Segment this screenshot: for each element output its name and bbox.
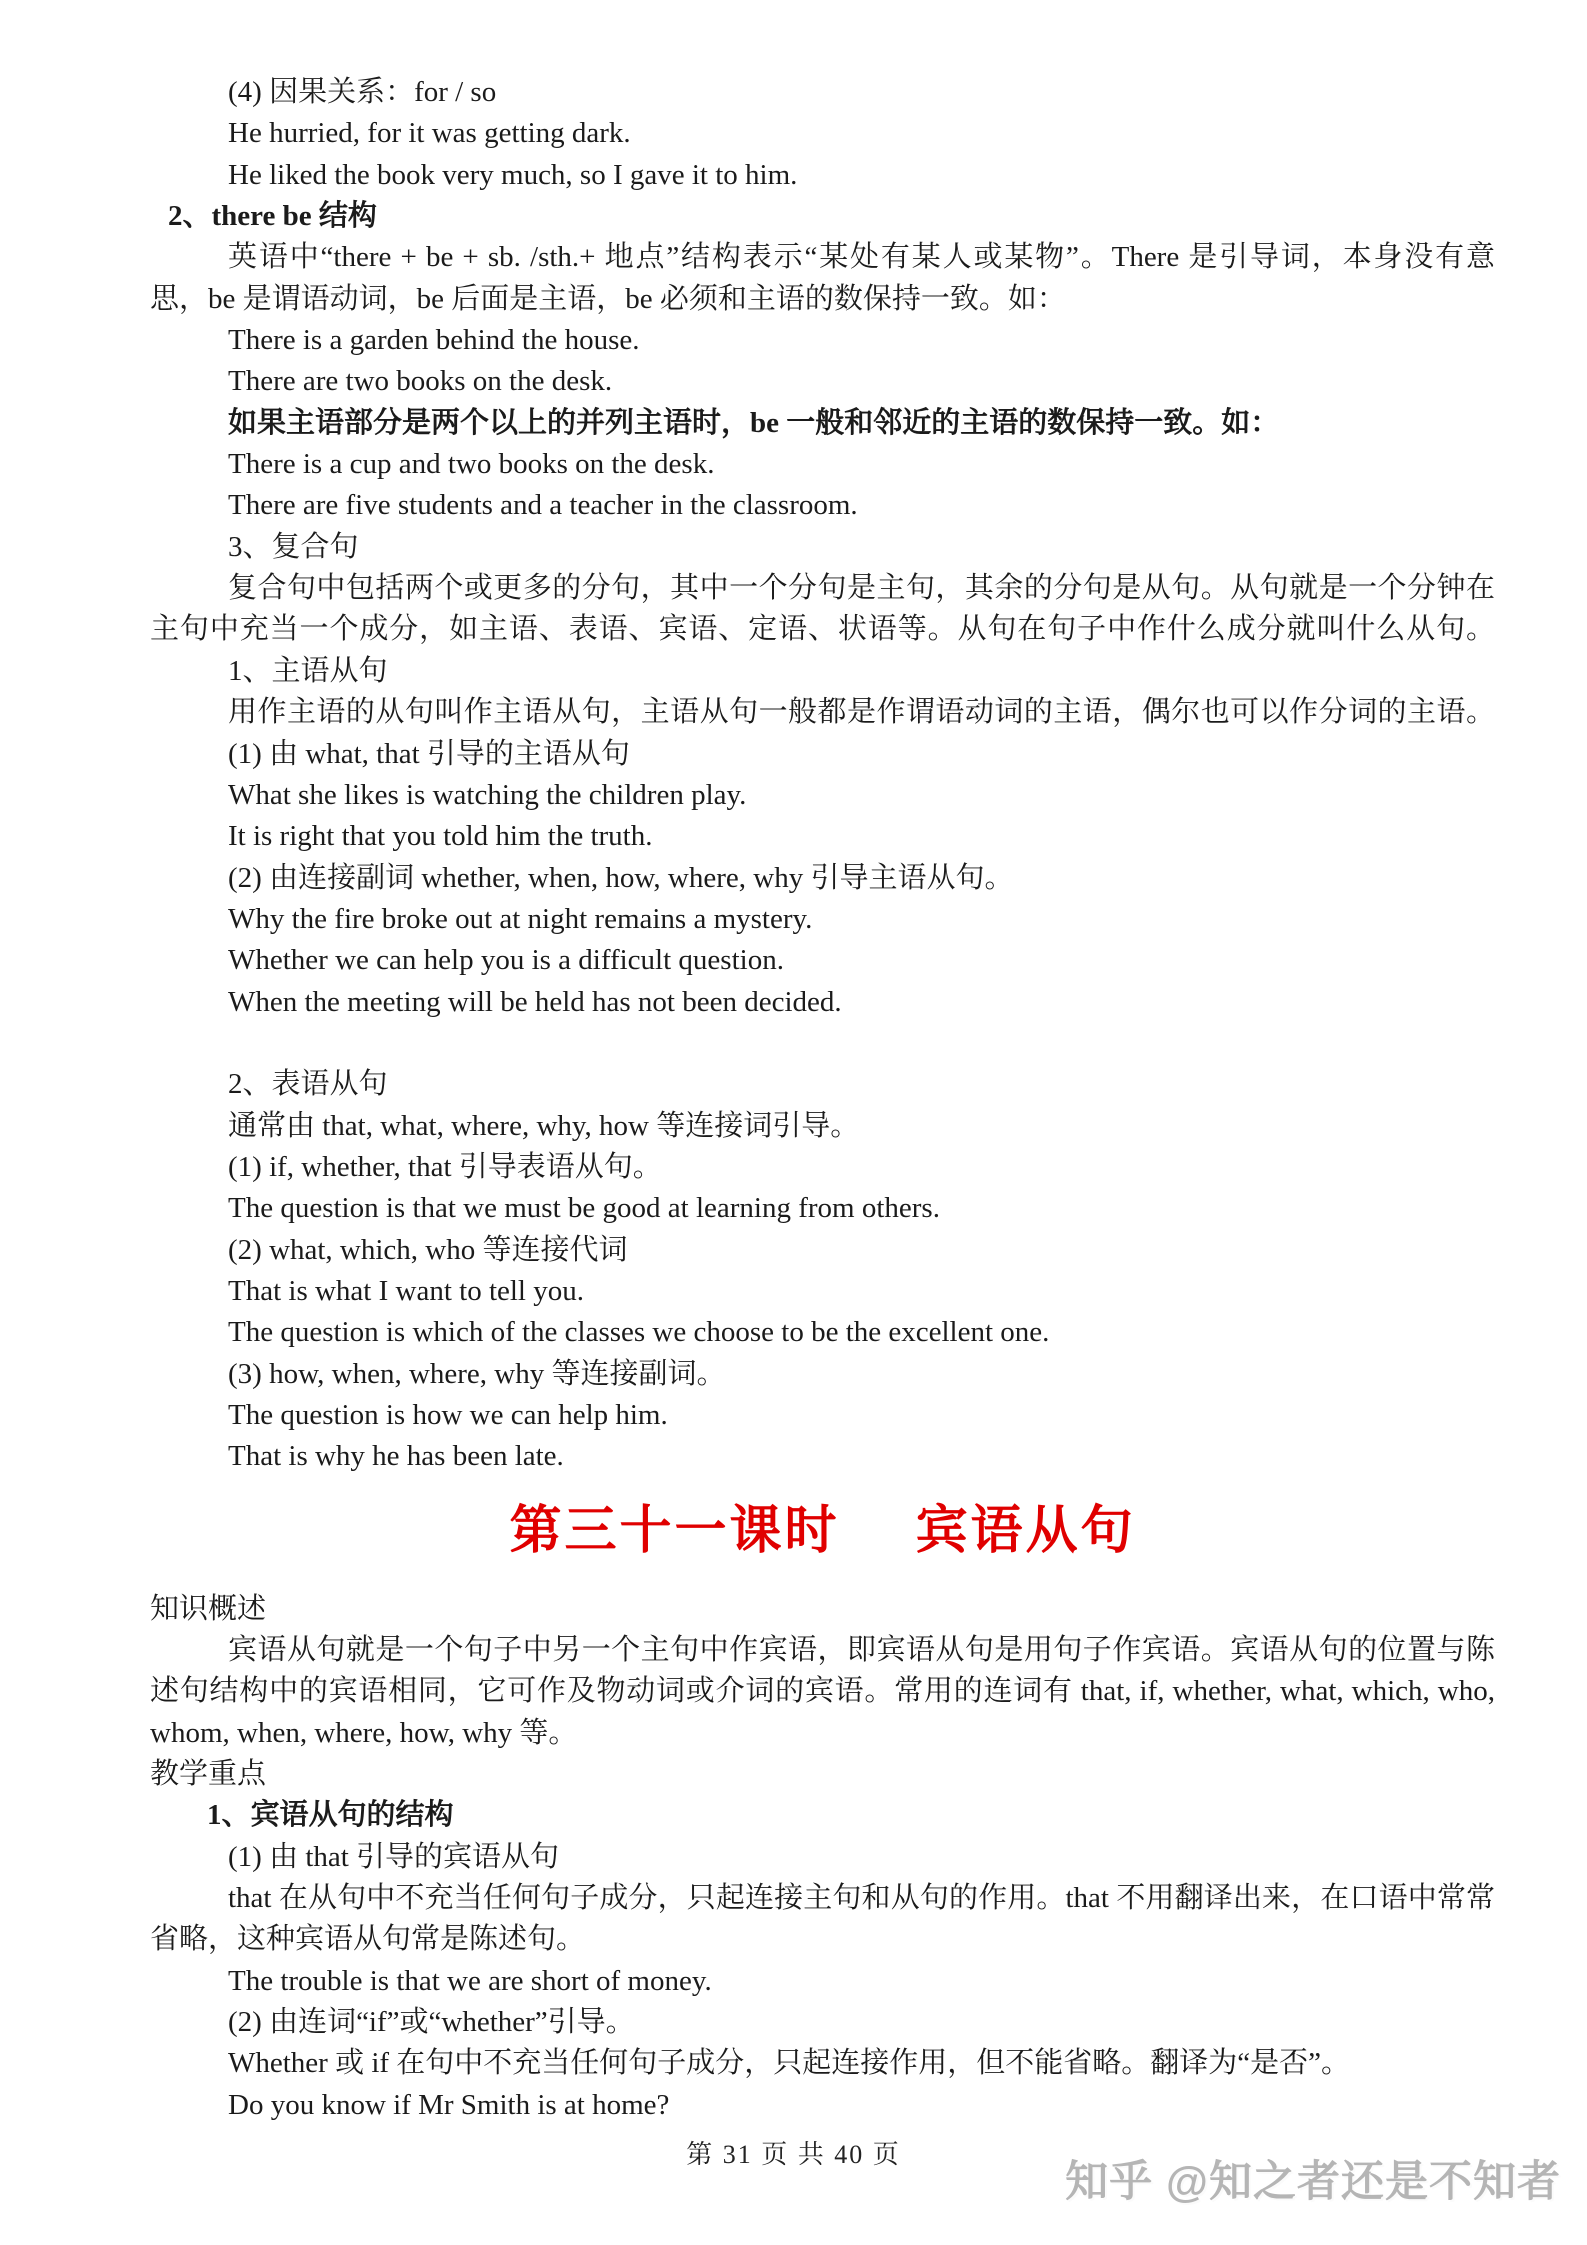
text-line: 教学重点 [150,1754,1495,1795]
lesson-subject: 宾语从句 [916,1503,1136,1560]
lesson-title: 第三十一课时宾语从句 [150,1496,1495,1568]
document-content: (4) 因果关系：for / soHe hurried, for it was … [150,72,1495,2126]
text-line: Why the fire broke out at night remains … [150,899,1495,940]
blank-line [150,1023,1495,1064]
text-line: 1、主语从句 [150,651,1495,692]
lines-top-section: (4) 因果关系：for / soHe hurried, for it was … [150,72,1495,1478]
text-line: (1) 由 what, that 引导的主语从句 [150,734,1495,775]
text-line: that 在从句中不充当任何句子成分，只起连接主句和从句的作用。that 不用翻… [150,1878,1495,1919]
text-line: There is a cup and two books on the desk… [150,444,1495,485]
text-line: 1、宾语从句的结构 [150,1795,1495,1836]
page-indicator: 第 31 页 共 40 页 [686,2140,901,2169]
text-line: 思，be 是谓语动词，be 后面是主语，be 必须和主语的数保持一致。如： [150,279,1495,320]
text-line: (1) if, whether, that 引导表语从句。 [150,1147,1495,1188]
text-line: (1) 由 that 引导的宾语从句 [150,1837,1495,1878]
text-line: (3) how, when, where, why 等连接副词。 [150,1354,1495,1395]
watermark: 知乎 @知之者还是不知者 [1065,2148,1561,2209]
text-line: Whether 或 if 在句中不充当任何句子成分，只起连接作用，但不能省略。翻… [150,2043,1495,2084]
lines-bottom-section: 知识概述宾语从句就是一个句子中另一个主句中作宾语，即宾语从句是用句子作宾语。宾语… [150,1589,1495,2126]
text-line: whom, when, where, how, why 等。 [150,1713,1495,1754]
text-line: What she likes is watching the children … [150,775,1495,816]
text-line: He liked the book very much, so I gave i… [150,155,1495,196]
text-line: 复合句中包括两个或更多的分句，其中一个分句是主句，其余的分句是从句。从句就是一个… [150,568,1495,609]
text-line: (4) 因果关系：for / so [150,72,1495,113]
text-line: When the meeting will be held has not be… [150,982,1495,1023]
text-line: The question is how we can help him. [150,1395,1495,1436]
text-line: 用作主语的从句叫作主语从句，主语从句一般都是作谓语动词的主语，偶尔也可以作分词的… [150,692,1495,733]
text-line: The trouble is that we are short of mone… [150,1961,1495,2002]
text-line: 述句结构中的宾语相同，它可作及物动词或介词的宾语。常用的连词有 that, if… [150,1671,1495,1712]
text-line: It is right that you told him the truth. [150,816,1495,857]
text-line: 主句中充当一个成分，如主语、表语、宾语、定语、状语等。从句在句子中作什么成分就叫… [150,609,1495,650]
watermark-text: 知乎 @知之者还是不知者 [1065,2158,1561,2206]
text-line: 英语中“there + be + sb. /sth.+ 地点”结构表示“某处有某… [150,237,1495,278]
text-line: (2) 由连词“if”或“whether”引导。 [150,2002,1495,2043]
lesson-number: 第三十一课时 [509,1503,839,1560]
text-line: The question is which of the classes we … [150,1312,1495,1353]
text-line: There are five students and a teacher in… [150,485,1495,526]
text-line: Do you know if Mr Smith is at home? [150,2085,1495,2126]
text-line: 3、复合句 [150,527,1495,568]
text-line: (2) what, which, who 等连接代词 [150,1230,1495,1271]
text-line: That is what I want to tell you. [150,1271,1495,1312]
text-line: 如果主语部分是两个以上的并列主语时，be 一般和邻近的主语的数保持一致。如： [150,403,1495,444]
text-line: (2) 由连接副词 whether, when, how, where, why… [150,858,1495,899]
text-line: 宾语从句就是一个句子中另一个主句中作宾语，即宾语从句是用句子作宾语。宾语从句的位… [150,1630,1495,1671]
text-line: There is a garden behind the house. [150,320,1495,361]
text-line: He hurried, for it was getting dark. [150,113,1495,154]
text-line: 省略，这种宾语从句常是陈述句。 [150,1919,1495,1960]
text-line: Whether we can help you is a difficult q… [150,940,1495,981]
document-page: (4) 因果关系：for / soHe hurried, for it was … [0,0,1587,2245]
text-line: There are two books on the desk. [150,361,1495,402]
text-line: The question is that we must be good at … [150,1188,1495,1229]
text-line: 2、表语从句 [150,1064,1495,1105]
text-line: 2、there be 结构 [150,196,1495,237]
text-line: That is why he has been late. [150,1436,1495,1477]
text-line: 知识概述 [150,1589,1495,1630]
text-line: 通常由 that, what, where, why, how 等连接词引导。 [150,1106,1495,1147]
